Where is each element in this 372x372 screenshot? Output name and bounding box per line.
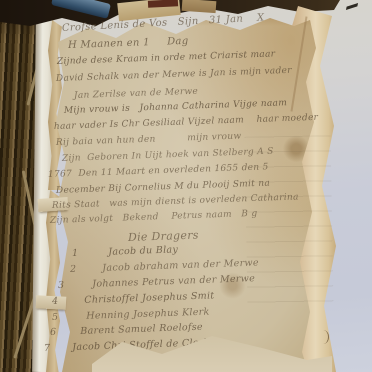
list-item: 5Henning Josephus Klerk	[52, 308, 210, 323]
handwritten-line: haar vader Is Chr Gesiliaal Vijzel naam …	[54, 114, 319, 132]
list-number: 3	[58, 281, 65, 291]
list-number: 7	[44, 344, 51, 354]
list-number: 6	[50, 328, 57, 338]
handwritten-line: Mijn vrouw is Johanna Catharina Vijge na…	[64, 99, 287, 116]
list-name: Johannes Petrus van der Merwe	[92, 274, 255, 289]
list-name: Barent Samuel Roelofse	[80, 323, 203, 337]
list-number: 4	[52, 297, 59, 307]
list-number: 5	[52, 313, 59, 323]
list-name: Jacob abraham van der Merwe	[102, 258, 259, 273]
list-item: 4Christoffel Josephus Smit	[52, 291, 215, 306]
handwriting-layer: Crofse Lenis de Vos Sijn 31 Jan X H Maan…	[0, 0, 372, 372]
handwritten-line: 1767 Den 11 Maart en overleden 1655 den …	[48, 163, 269, 180]
handwritten-line: Rits Staat was mijn dienst is overleden …	[52, 193, 299, 211]
list-name: Henning Josephus Klerk	[86, 308, 210, 322]
list-item: 3Johannes Petrus van der Merwe	[58, 274, 255, 290]
handwritten-line: Crofse Lenis de Vos Sijn 31 Jan X	[62, 13, 265, 34]
handwritten-line: Jan Zerilse van de Merwe	[74, 88, 198, 101]
list-name: Christoffel Josephus Smit	[84, 291, 214, 305]
handwritten-line: David Schalk van der Merwe is Jan is mij…	[56, 67, 292, 84]
handwritten-line: Zijnde dese Kraam in orde met Criarist m…	[57, 50, 276, 67]
handwritten-line: H Maanen en 1 Dag	[68, 37, 189, 51]
list-item: 1Jacob du Blay	[72, 245, 178, 258]
photo-of-manuscript: Crofse Lenis de Vos Sijn 31 Jan X H Maan…	[0, 0, 372, 372]
list-number: 2	[70, 265, 77, 275]
list-item: 6Barent Samuel Roelofse	[50, 323, 203, 338]
handwritten-line: Zijn Geboren In Uijt hoek van Stelberg A…	[62, 148, 274, 164]
list-name: Jacob du Blay	[108, 245, 178, 257]
list-item: 2Jacob abraham van der Merwe	[70, 258, 259, 274]
handwritten-line: Rij baia van hun den mijn vrouw	[56, 133, 242, 148]
section-heading-die-dragers: Die Dragers	[128, 230, 199, 243]
list-number: 1	[72, 249, 79, 259]
handwritten-line: Zijn als volgt Bekend Petrus naam B g	[50, 210, 258, 226]
